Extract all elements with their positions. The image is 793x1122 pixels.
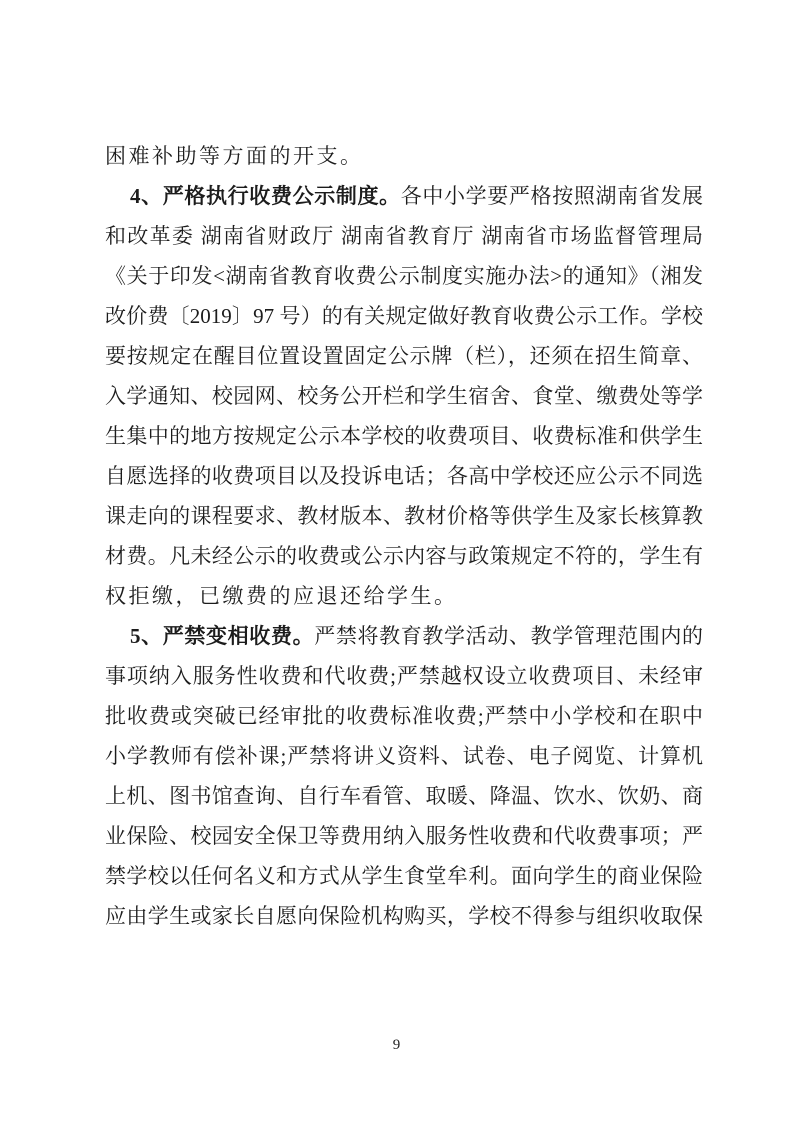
text-line: 上机、图书馆查询、自行车看管、取暖、降温、饮水、饮奶、商 xyxy=(105,776,703,816)
paragraph-text: 困难补助等方面的开支。 xyxy=(105,144,364,168)
paragraph-text: 禁学校以任何名义和方式从学生食堂牟利。面向学生的商业保险 xyxy=(105,864,703,888)
paragraph-text: 批收费或突破已经审批的收费标准收费;严禁中小学校和在职中 xyxy=(105,704,703,728)
paragraph-text: 应由学生或家长自愿向保险机构购买，学校不得参与组织收取保 xyxy=(105,904,703,928)
text-line: 生集中的地方按规定公示本学校的收费项目、收费标准和供学生 xyxy=(105,416,703,456)
text-line: 小学教师有偿补课;严禁将讲义资料、试卷、电子阅览、计算机 xyxy=(105,736,703,776)
page-number: 9 xyxy=(0,1035,793,1055)
paragraph-text: 要按规定在醒目位置设置固定公示牌（栏），还须在招生简章、 xyxy=(105,344,703,368)
text-line: 困难补助等方面的开支。 xyxy=(105,136,703,176)
paragraph-text: 严禁将教育教学活动、教学管理范围内的 xyxy=(314,624,703,648)
text-line: 应由学生或家长自愿向保险机构购买，学校不得参与组织收取保 xyxy=(105,896,703,936)
paragraph-text: 改价费〔2019〕97 号）的有关规定做好教育收费公示工作。学校 xyxy=(105,304,703,328)
document-page: 困难补助等方面的开支。4、严格执行收费公示制度。各中小学要严格按照湖南省发展和改… xyxy=(0,0,793,1122)
paragraph-heading: 4、严格执行收费公示制度。 xyxy=(130,184,401,208)
text-line: 改价费〔2019〕97 号）的有关规定做好教育收费公示工作。学校 xyxy=(105,296,703,336)
text-line: 自愿选择的收费项目以及投诉电话；各高中学校还应公示不同选 xyxy=(105,456,703,496)
paragraph-text: 上机、图书馆查询、自行车看管、取暖、降温、饮水、饮奶、商 xyxy=(105,784,703,808)
text-line: 和改革委 湖南省财政厅 湖南省教育厅 湖南省市场监督管理局 xyxy=(105,216,703,256)
text-line: 入学通知、校园网、校务公开栏和学生宿舍、食堂、缴费处等学 xyxy=(105,376,703,416)
text-line: 课走向的课程要求、教材版本、教材价格等供学生及家长核算教 xyxy=(105,496,703,536)
paragraph-text: 业保险、校园安全保卫等费用纳入服务性收费和代收费事项；严 xyxy=(105,824,703,848)
paragraph-text: 入学通知、校园网、校务公开栏和学生宿舍、食堂、缴费处等学 xyxy=(105,384,703,408)
text-line: 禁学校以任何名义和方式从学生食堂牟利。面向学生的商业保险 xyxy=(105,856,703,896)
text-line: 材费。凡未经公示的收费或公示内容与政策规定不符的，学生有 xyxy=(105,536,703,576)
text-line: 事项纳入服务性收费和代收费;严禁越权设立收费项目、未经审 xyxy=(105,656,703,696)
paragraph-text: 《关于印发<湖南省教育收费公示制度实施办法>的通知》（湘发 xyxy=(105,264,703,288)
text-line: 权拒缴，已缴费的应退还给学生。 xyxy=(105,576,703,616)
paragraph-text: 生集中的地方按规定公示本学校的收费项目、收费标准和供学生 xyxy=(105,424,703,448)
text-line: 5、严禁变相收费。严禁将教育教学活动、教学管理范围内的 xyxy=(105,616,703,656)
paragraph-text: 课走向的课程要求、教材版本、教材价格等供学生及家长核算教 xyxy=(105,504,703,528)
paragraph-text: 材费。凡未经公示的收费或公示内容与政策规定不符的，学生有 xyxy=(105,544,703,568)
paragraph-text: 和改革委 湖南省财政厅 湖南省教育厅 湖南省市场监督管理局 xyxy=(105,224,703,248)
text-line: 业保险、校园安全保卫等费用纳入服务性收费和代收费事项；严 xyxy=(105,816,703,856)
text-line: 4、严格执行收费公示制度。各中小学要严格按照湖南省发展 xyxy=(105,176,703,216)
text-line: 要按规定在醒目位置设置固定公示牌（栏），还须在招生简章、 xyxy=(105,336,703,376)
paragraph-text: 自愿选择的收费项目以及投诉电话；各高中学校还应公示不同选 xyxy=(105,464,703,488)
text-line: 批收费或突破已经审批的收费标准收费;严禁中小学校和在职中 xyxy=(105,696,703,736)
paragraph-heading: 5、严禁变相收费。 xyxy=(130,624,314,648)
paragraph-text: 事项纳入服务性收费和代收费;严禁越权设立收费项目、未经审 xyxy=(105,664,703,688)
document-body: 困难补助等方面的开支。4、严格执行收费公示制度。各中小学要严格按照湖南省发展和改… xyxy=(105,136,703,936)
paragraph-text: 各中小学要严格按照湖南省发展 xyxy=(401,184,703,208)
text-line: 《关于印发<湖南省教育收费公示制度实施办法>的通知》（湘发 xyxy=(105,256,703,296)
paragraph-text: 小学教师有偿补课;严禁将讲义资料、试卷、电子阅览、计算机 xyxy=(105,744,703,768)
paragraph-text: 权拒缴，已缴费的应退还给学生。 xyxy=(105,584,458,608)
